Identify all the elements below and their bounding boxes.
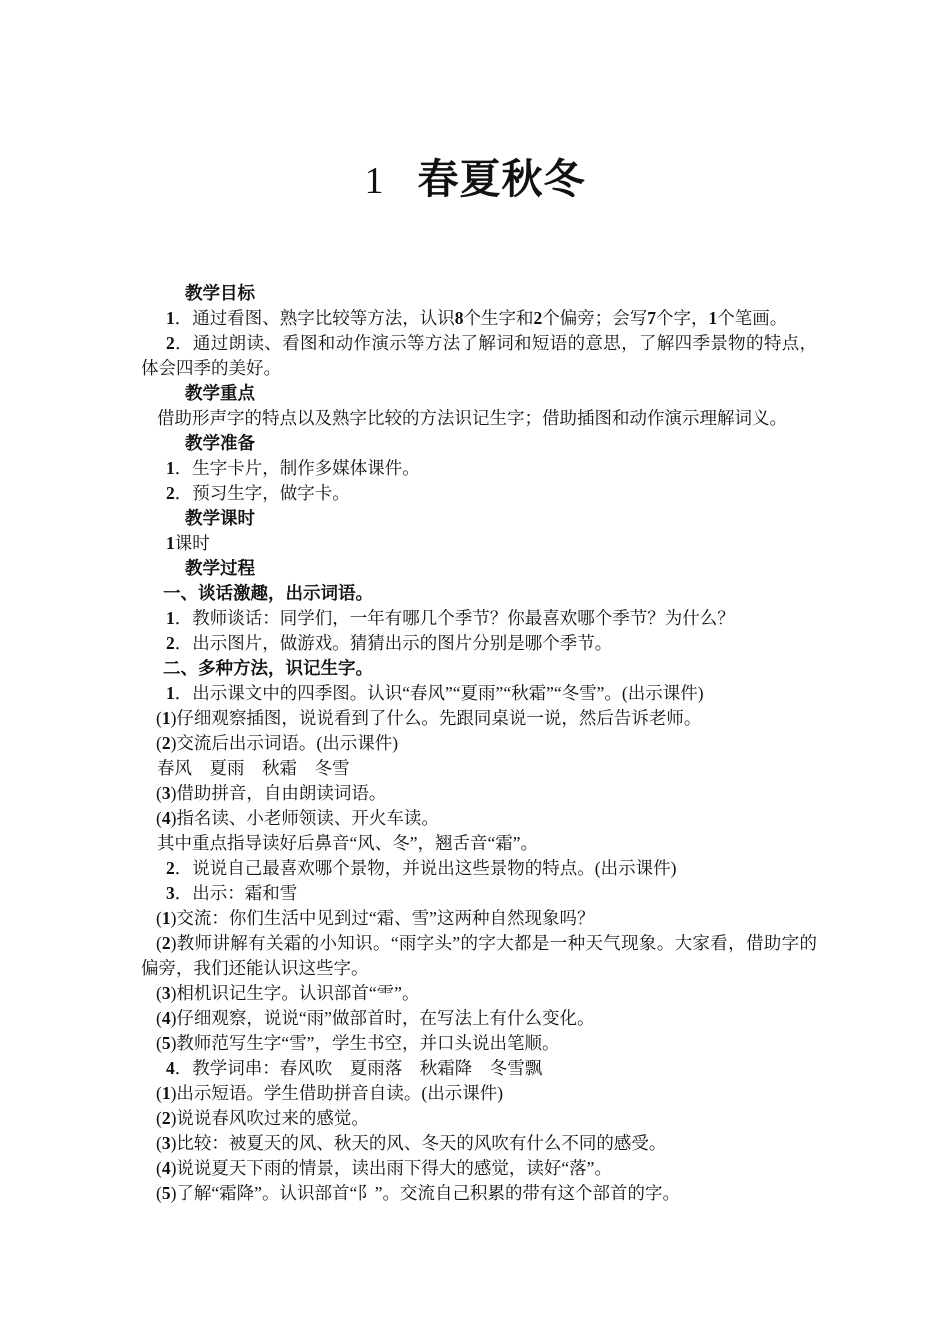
paragraph-line: (5)了解“霜降”。认识部首“阝”。交流自己积累的带有这个部首的字。 [141, 1181, 817, 1206]
paragraph-line: (1)出示短语。学生借助拼音自读。(出示课件) [141, 1081, 817, 1106]
section-heading: 教学重点 [141, 381, 817, 406]
section-heading: 二、多种方法，识记生字。 [141, 656, 817, 681]
paragraph-line: (2)说说春风吹过来的感觉。 [141, 1106, 817, 1131]
paragraph-line: 2．说说自己最喜欢哪个景物，并说出这些景物的特点。(出示课件) [141, 856, 817, 881]
section-heading: 一、谈话激趣，出示词语。 [141, 581, 817, 606]
paragraph-line: 3．出示：霜和雪 [141, 881, 817, 906]
paragraph-line: (4)仔细观察，说说“雨”做部首时，在写法上有什么变化。 [141, 1006, 817, 1031]
paragraph-line: 借助形声字的特点以及熟字比较的方法识记生字；借助插图和动作演示理解词义。 [141, 406, 817, 431]
paragraph-line: (4)说说夏天下雨的情景，读出雨下得大的感觉，读好“落”。 [141, 1156, 817, 1181]
paragraph-line: 4．教学词串：春风吹 夏雨落 秋霜降 冬雪飘 [141, 1056, 817, 1081]
page-title: 1春夏秋冬 [0, 146, 950, 205]
lesson-body: 教学目标1．通过看图、熟字比较等方法，认识8个生字和2个偏旁；会写7个字，1个笔… [141, 281, 817, 1206]
paragraph-line: (5)教师范写生字“雪”，学生书空，并口头说出笔顺。 [141, 1031, 817, 1056]
paragraph-line: (2)教师讲解有关霜的小知识。“雨字头”的字大都是一种天气现象。大家看，借助字的… [141, 931, 817, 981]
lesson-title-text: 春夏秋冬 [418, 156, 586, 202]
paragraph-line: 1．教师谈话：同学们，一年有哪几个季节？你最喜欢哪个季节？为什么？ [141, 606, 817, 631]
section-heading: 教学过程 [141, 556, 817, 581]
paragraph-line: (3)比较：被夏天的风、秋天的风、冬天的风吹有什么不同的感受。 [141, 1131, 817, 1156]
paragraph-line: 2．预习生字，做字卡。 [141, 481, 817, 506]
section-heading: 教学准备 [141, 431, 817, 456]
paragraph-line: (4)指名读、小老师领读、开火车读。 [141, 806, 817, 831]
paragraph-line: (1)交流：你们生活中见到过“霜、雪”这两种自然现象吗？ [141, 906, 817, 931]
paragraph-line: (2)交流后出示词语。(出示课件) [141, 731, 817, 756]
paragraph-line: 1．生字卡片，制作多媒体课件。 [141, 456, 817, 481]
section-heading: 教学目标 [141, 281, 817, 306]
section-heading: 教学课时 [141, 506, 817, 531]
paragraph-line: 其中重点指导读好后鼻音“风、冬”，翘舌音“霜”。 [141, 831, 817, 856]
paragraph-line: 2．出示图片，做游戏。猜猜出示的图片分别是哪个季节。 [141, 631, 817, 656]
paragraph-line: (1)仔细观察插图，说说看到了什么。先跟同桌说一说，然后告诉老师。 [141, 706, 817, 731]
paragraph-line: 春风 夏雨 秋霜 冬雪 [141, 756, 817, 781]
paragraph-line: (3)相机识记生字。认识部首“⻗”。 [141, 981, 817, 1006]
paragraph-line: 1课时 [141, 531, 817, 556]
paragraph-line: (3)借助拼音，自由朗读词语。 [141, 781, 817, 806]
lesson-number: 1 [365, 160, 384, 202]
document-page: 1春夏秋冬 教学目标1．通过看图、熟字比较等方法，认识8个生字和2个偏旁；会写7… [0, 0, 950, 1344]
paragraph-line: 1．出示课文中的四季图。认识“春风”“夏雨”“秋霜”“冬雪”。(出示课件) [141, 681, 817, 706]
paragraph-line: 1．通过看图、熟字比较等方法，认识8个生字和2个偏旁；会写7个字，1个笔画。 [141, 306, 817, 331]
paragraph-line: 2．通过朗读、看图和动作演示等方法了解词和短语的意思，了解四季景物的特点，体会四… [141, 331, 817, 381]
